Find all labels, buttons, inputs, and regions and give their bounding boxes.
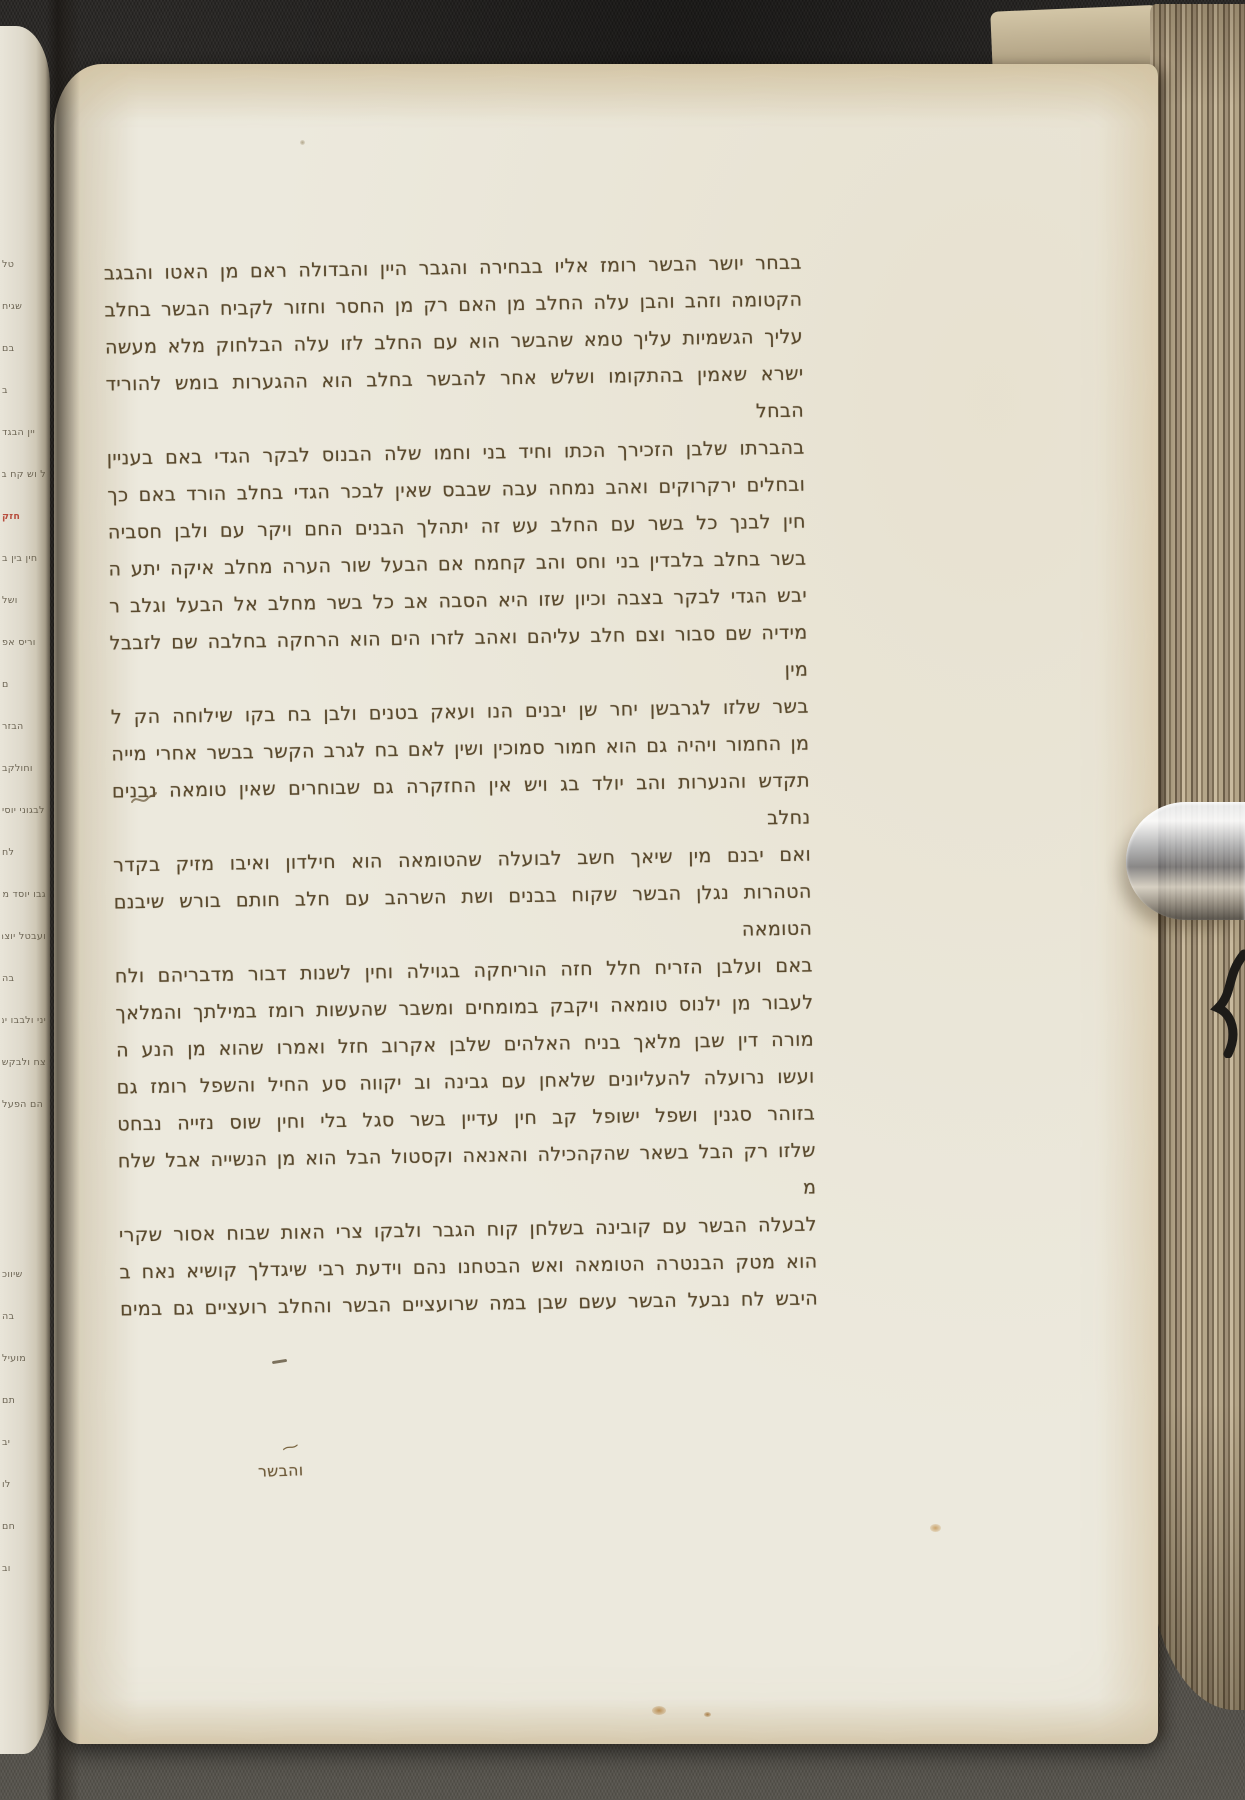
facing-page-text-fragment: מועיל	[2, 1338, 46, 1380]
facing-page-text-fragment: חזק	[2, 496, 46, 538]
catchword: והבשר	[258, 1461, 304, 1481]
facing-page-text-fragment: שגיח	[2, 286, 46, 328]
facing-page-text-fragment: לח	[2, 832, 46, 874]
manuscript-text-block: בבחר יושר הבשר רומז אליו בבחירה והגבר הי…	[104, 245, 819, 1329]
facing-page-text-fragment: שיווכ	[2, 1254, 46, 1296]
manuscript-line: תקדש והנערות והב יולד בג ויש אין החזקרה …	[112, 763, 811, 848]
fore-edge-ink-mark	[1204, 948, 1245, 1058]
facing-page-text-fragment: ם	[2, 664, 46, 706]
facing-page-text-fragments: טלשגיחבםביין הבגדל וש קח בחזקחין בין בוש…	[2, 244, 46, 1126]
facing-page-edge: טלשגיחבםביין הבגדל וש קח בחזקחין בין בוש…	[0, 26, 50, 1754]
facing-page-text-fragment: הבזר	[2, 706, 46, 748]
facing-page-text-fragment: חין בין ב	[2, 538, 46, 580]
manuscript-line: מידיה שם סבור וצם חלב עליהם ואהב לזרו הי…	[109, 615, 808, 700]
facing-page-text-fragment: בה	[2, 1296, 46, 1338]
facing-page-text-fragment: ושל	[2, 580, 46, 622]
manuscript-photo: טלשגיחבםביין הבגדל וש קח בחזקחין בין בוש…	[0, 0, 1245, 1800]
facing-page-text-fragment: ועבטל יוצר	[2, 916, 46, 958]
facing-page-text-fragment: וחולקב	[2, 748, 46, 790]
facing-page-text-fragment: לבגוני יוסי	[2, 790, 46, 832]
age-spot	[652, 1706, 666, 1715]
facing-page-text-fragment: יני ולבבו ימי	[2, 1000, 46, 1042]
facing-page-text-fragment: ב	[2, 370, 46, 412]
facing-page-text-fragment: לו	[2, 1464, 46, 1506]
facing-page-text-fragments-lower: שיווכבהמועילתםיבלוחםוב	[2, 1254, 46, 1590]
facing-page-text-fragment: בם	[2, 328, 46, 370]
manuscript-line: הטהרות נגלן הבשר שקוח בבנים ושת השרהב עם…	[113, 874, 812, 959]
age-spot	[930, 1524, 941, 1532]
gutter-shadow	[46, 0, 80, 1800]
marginal-mark	[130, 790, 158, 808]
manuscript-line: ישרא שאמין בהתקומו ושלש אחר להבשר בחלב ה…	[105, 356, 804, 441]
age-spot	[704, 1712, 711, 1717]
facing-page-text-fragment: חם	[2, 1506, 46, 1548]
facing-page-text-fragment: וב	[2, 1548, 46, 1590]
facing-page-text-fragment: בה	[2, 958, 46, 1000]
facing-page-text-fragment: ל וש קח ב	[2, 454, 46, 496]
age-spot	[300, 140, 305, 145]
glass-page-weight	[1126, 802, 1245, 920]
facing-page-text-fragment: יב	[2, 1422, 46, 1464]
facing-page-text-fragment: הם הפעל	[2, 1084, 46, 1126]
facing-page-text-fragment: טל	[2, 244, 46, 286]
manuscript-line: שלזו רק הבל בשאר שהקהכילה והאנאה וקסטול …	[118, 1132, 817, 1217]
facing-page-text-fragment: תם	[2, 1380, 46, 1422]
facing-page-text-fragment: צח ולבקש	[2, 1042, 46, 1084]
facing-page-text-fragment: וריס אפ	[2, 622, 46, 664]
facing-page-text-fragment: יין הבגד	[2, 412, 46, 454]
facing-page-text-fragment: גבו יוסד מחל	[2, 874, 46, 916]
